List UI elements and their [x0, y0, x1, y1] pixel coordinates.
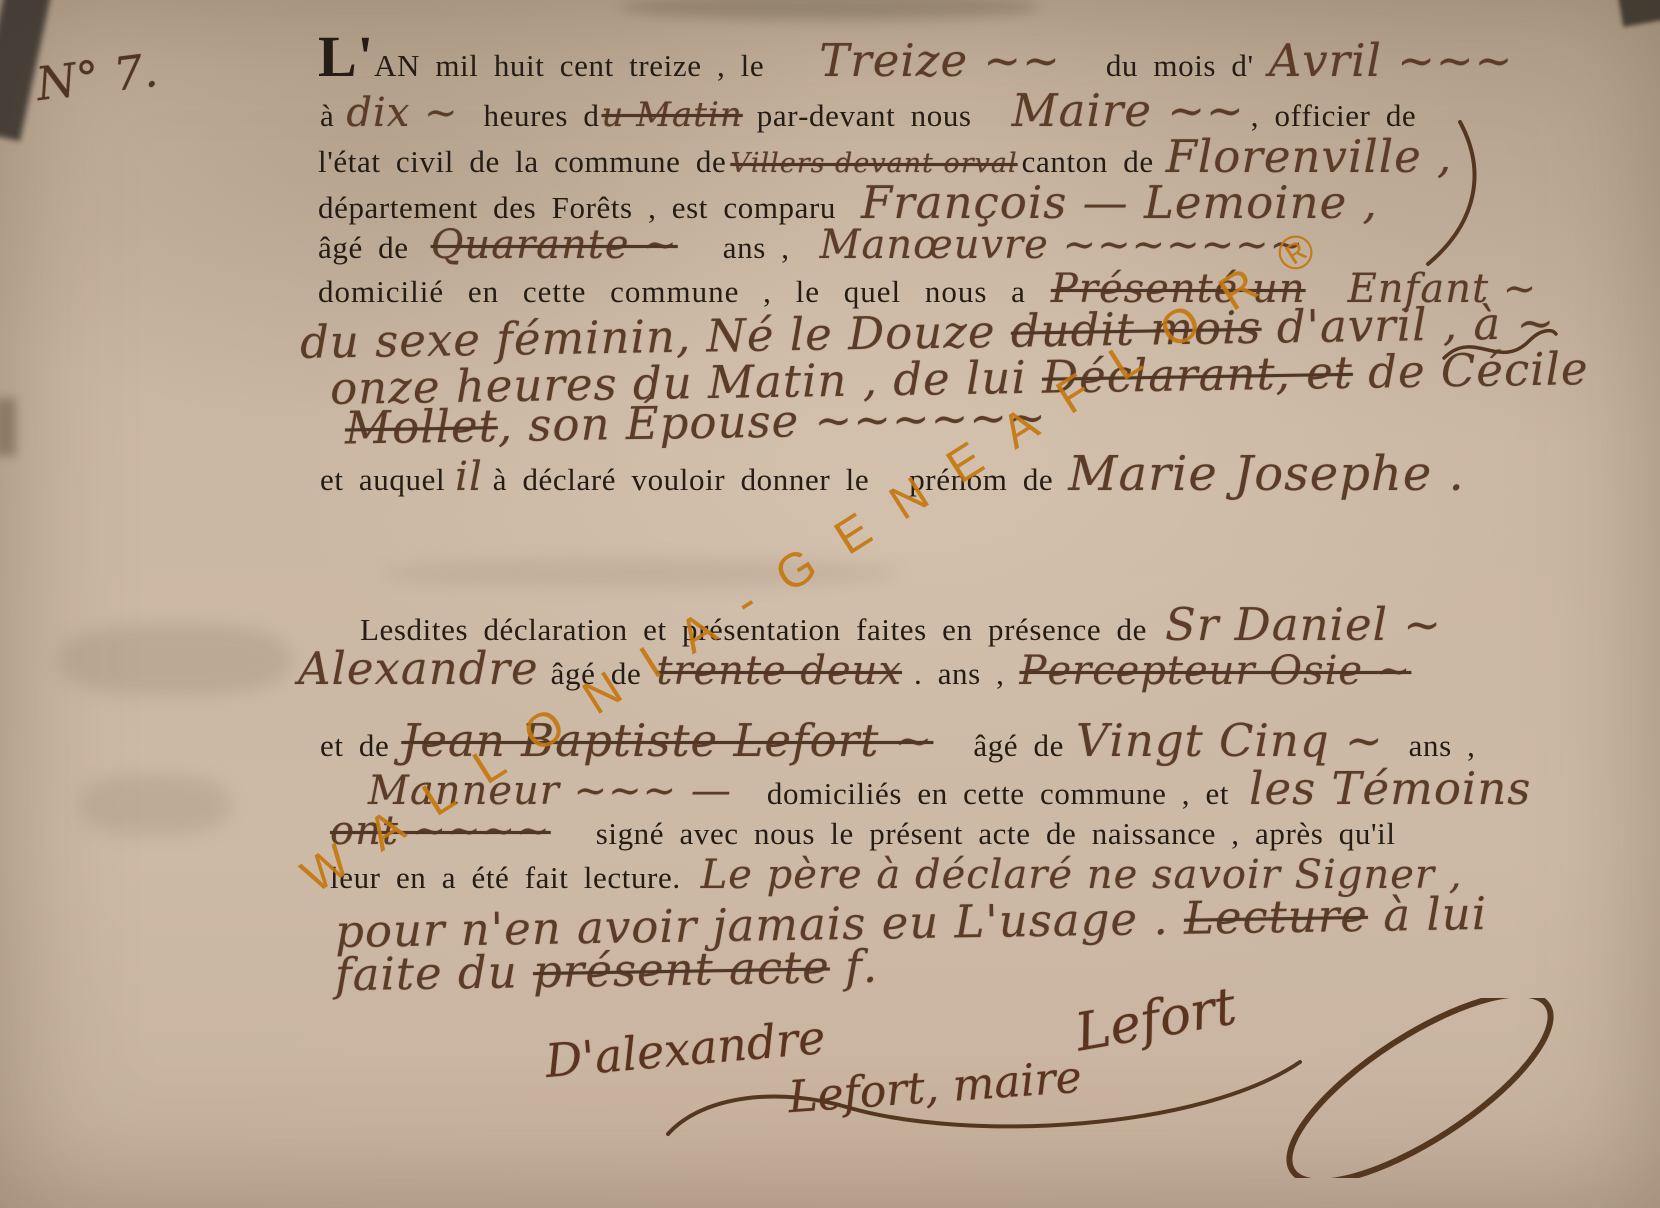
printed-text: département des Forêts , est comparu	[318, 190, 836, 225]
corner-stain-top-right	[1618, 0, 1660, 27]
printed-text: , officier de	[1251, 98, 1417, 133]
ink-flourish-line7-tail	[1440, 318, 1560, 378]
printed-text: ans ,	[1409, 728, 1476, 763]
handwritten-entry-reading-note: présent acte	[533, 940, 831, 998]
handwritten-entry-signing-note: Lecture	[1184, 889, 1369, 945]
handwritten-entry-time-of-day: u Matin	[602, 95, 743, 135]
handwritten-entry-birth-time: Déclarant, et	[1042, 346, 1354, 404]
handwritten-entry-signing-note: à lui	[1367, 887, 1487, 942]
printed-text: ans ,	[723, 230, 790, 265]
ink-flourish-lefort-loop	[1255, 998, 1585, 1178]
printed-text: . ans ,	[914, 656, 1005, 691]
handwritten-entry-witness1-surname: Alexandre	[298, 642, 539, 695]
printed-text: L'AN mil huit cent treize , le	[318, 42, 764, 84]
printed-text: signé avec nous le présent acte de naiss…	[596, 816, 1396, 851]
handwritten-entry-day: Treize ∼∼	[819, 34, 1061, 87]
handwritten-entry-child-name: Marie Josephe .	[1068, 446, 1464, 502]
act-line-10: et auquelilà déclaré vouloir donner lepr…	[320, 446, 1465, 502]
act-line-13: et deJean Baptiste Lefort ∼âgé deVingt C…	[320, 714, 1476, 767]
act-number: N° 7.	[33, 43, 160, 111]
printed-text: heures d	[484, 98, 600, 133]
birth-act-document: N° 7. L'AN mil huit cent treize , leTrei…	[0, 0, 1660, 1208]
paper-smudge-left-margin	[60, 625, 290, 695]
act-line-9: Mollet, son Épouse ∼∼∼∼∼∼	[345, 390, 1047, 454]
handwritten-entry-witness2-name: Jean Baptiste Lefort ∼	[401, 714, 933, 767]
printed-text: l'état civil de la commune de	[318, 144, 726, 179]
ink-flourish-closing-paren	[1408, 118, 1478, 268]
handwritten-entry-reading-note: faite du	[335, 945, 534, 1001]
printed-text: âgé de	[318, 230, 409, 265]
paper-smudge-left-lower	[80, 775, 230, 835]
handwritten-entry-pronoun: il	[455, 454, 483, 500]
printed-text: âgé de	[551, 656, 642, 691]
printed-text: et de	[320, 728, 389, 763]
act-line-18: faite du présent acte f.	[335, 940, 879, 1002]
act-line-1: L'AN mil huit cent treize , leTreize ∼∼d…	[318, 34, 1513, 87]
handwritten-entry-witness1-age: trente deux	[656, 648, 902, 694]
handwritten-entry-mother-status: , son Épouse ∼∼∼∼∼∼	[497, 390, 1047, 452]
printed-text: à déclaré vouloir donner le	[493, 462, 869, 497]
handwritten-entry-ont: ont ∼∼∼∼	[330, 808, 551, 854]
handwritten-entry-witness2-age: Vingt Cinq ∼	[1076, 714, 1384, 767]
act-line-12: Alexandreâgé detrente deux. ans ,Percept…	[298, 642, 1411, 695]
paper-smudge-top	[620, 0, 1040, 20]
act-line-5: âgé deQuarante ∼ans ,Manœuvre ∼∼∼∼∼∼∼	[318, 222, 1304, 268]
handwritten-entry-occupation: Manœuvre ∼∼∼∼∼∼∼	[820, 222, 1305, 268]
handwritten-entry-witness1-occupation: Percepteur Osie ∼	[1020, 648, 1412, 694]
printed-text: du mois d'	[1106, 48, 1254, 83]
handwritten-entry-month: Avril ∼∼∼	[1269, 34, 1514, 87]
printed-text: à	[320, 98, 334, 133]
paper-smudge-center	[380, 558, 900, 588]
act-line-15: ont ∼∼∼∼signé avec nous le présent acte …	[330, 808, 1396, 854]
printed-text: domicilié en cette commune , le quel nou…	[318, 274, 1026, 309]
handwritten-entry-commune: Villers devant orval	[730, 148, 1017, 179]
printed-text: canton de	[1022, 144, 1154, 179]
printed-text: prénom de	[909, 462, 1053, 497]
edge-stain-left	[0, 398, 16, 456]
printed-text: par-devant nous	[757, 98, 972, 133]
handwritten-entry-age: Quarante ∼	[431, 222, 678, 268]
printed-text: domiciliés en cette commune , et	[767, 776, 1229, 811]
handwritten-entry-reading-note: f.	[829, 940, 878, 994]
printed-text: et auquel	[320, 462, 445, 497]
printed-text: leur en a été fait lecture.	[330, 860, 681, 895]
printed-text: âgé de	[973, 728, 1064, 763]
